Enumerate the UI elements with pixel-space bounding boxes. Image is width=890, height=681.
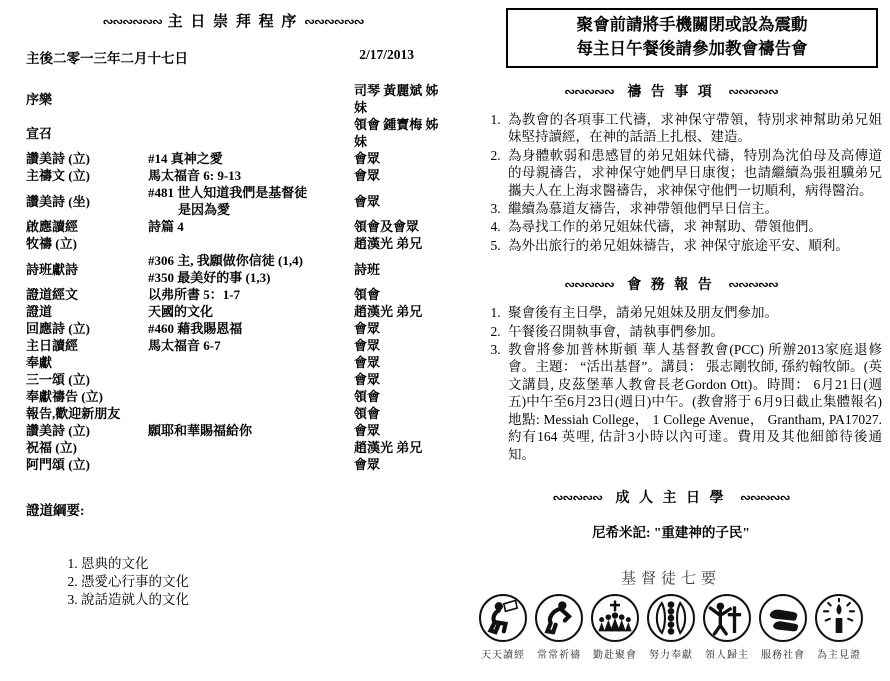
essential-label: 常常祈禱 — [537, 646, 581, 661]
report-item: 教會將參加普林斯頓 華人基督教會(PCC) 所辦2013家庭退修會。主題： “活… — [504, 341, 882, 463]
date-chinese: 主後二零一三年二月十七日 — [26, 47, 188, 67]
scroll-ornament-icon: ∾∾∾∾∾ — [553, 491, 602, 506]
program-participant: 趙漢光 弟兄 — [354, 303, 440, 320]
church-bulletin-page: ∾∾∾∾∾∾ 主 日 崇 拜 程 序 ∾∾∾∾∾∾ 主後二零一三年二月十七日 2… — [0, 0, 890, 681]
sunday-school-subtitle: 尼希米記: "重建神的子民" — [458, 521, 884, 541]
program-row: 報告,歡迎新朋友 領會 — [26, 405, 440, 422]
essential-evangelism: 領人歸主 — [701, 594, 754, 661]
announcements-column: 聚會前請將手機關閉或設為震動 每主日午餐後請參加教會禱告會 ∾∾∾∾∾ 禱 告 … — [458, 8, 884, 661]
assembly-cross-icon — [591, 594, 639, 642]
program-item: 證道 — [26, 303, 148, 320]
essential-assembly: 勤赴聚會 — [589, 594, 642, 661]
program-participant: 司琴 黃麗斌 姊妹 — [354, 82, 440, 116]
essential-bible-reading: 天天讀經 — [477, 594, 530, 661]
program-item: 主禱文 (立) — [26, 167, 148, 184]
scroll-ornament-icon: ∾∾∾∾∾∾ — [103, 15, 162, 30]
worship-program-table: 序樂 司琴 黃麗斌 姊妹 宣召 領會 鍾寶梅 姊妹 讚美詩 (立) #14 真神… — [26, 82, 440, 473]
program-item: 宣召 — [26, 125, 148, 142]
program-participant: 領會 — [354, 405, 440, 422]
seven-essentials-title: 基督徒七要 — [458, 567, 884, 588]
program-row: 主禱文 (立) 馬太福音 6: 9-13 會眾 — [26, 167, 440, 184]
program-item: 報告,歡迎新朋友 — [26, 405, 148, 422]
sermon-outline-item: 憑愛心行事的文化 — [81, 573, 440, 591]
essential-witness: 為主見證 — [813, 594, 866, 661]
prayer-items-list: 為教會的各項事工代禱，求神保守帶領，特別求神幫助弟兄姐妹堅持讀經，在神的話語上扎… — [504, 111, 884, 254]
sermon-outline-item: 恩典的文化 — [81, 555, 440, 573]
essential-label: 努力奉獻 — [649, 646, 693, 661]
sermon-outline-item: 說話造就人的文化 — [81, 591, 440, 609]
church-report-list: 聚會後有主日學，請弟兄姐妹及朋友們參加。 午餐後召開執事會，請執事們參加。 教會… — [504, 304, 884, 463]
essential-label: 勤赴聚會 — [593, 646, 637, 661]
program-participant: 會眾 — [354, 193, 440, 210]
program-item: 阿門頌 (立) — [26, 456, 148, 473]
bible-reading-icon — [479, 594, 527, 642]
program-item: 三一頌 (立) — [26, 371, 148, 388]
essential-label: 天天讀經 — [481, 646, 525, 661]
notice-line: 聚會前請將手機關閉或設為震動 — [514, 13, 870, 37]
program-row: 讚美詩 (坐) #481 世人知道我們是基督徒是因為愛 會眾 — [26, 184, 440, 218]
program-row: 啟應讀經 詩篇 4 領會及會眾 — [26, 218, 440, 235]
program-item: 祝福 (立) — [26, 439, 148, 456]
program-item: 回應詩 (立) — [26, 320, 148, 337]
program-row: 讚美詩 (立) 願耶和華賜福給你 會眾 — [26, 422, 440, 439]
adult-sunday-school-heading: ∾∾∾∾∾ 成 人 主 日 學 ∾∾∾∾∾ — [458, 487, 884, 507]
date-numeric: 2/17/2013 — [359, 47, 414, 67]
program-participant: 領會及會眾 — [354, 218, 440, 235]
essential-label: 為主見證 — [817, 646, 861, 661]
prayer-item: 為外出旅行的弟兄姐妹禱告，求 神保守旅途平安、順利。 — [504, 237, 882, 254]
program-participant: 詩班 — [354, 261, 440, 278]
prayer-item: 繼續為慕道友禱告，求神帶領他們早日信主。 — [504, 200, 882, 217]
candle-witness-icon — [815, 594, 863, 642]
program-participant: 會眾 — [354, 354, 440, 371]
program-item: 讚美詩 (立) — [26, 422, 148, 439]
prayer-items-heading: ∾∾∾∾∾ 禱 告 事 項 ∾∾∾∾∾ — [458, 81, 884, 101]
date-row: 主後二零一三年二月十七日 2/17/2013 — [26, 47, 440, 67]
essential-prayer: 常常祈禱 — [533, 594, 586, 661]
notice-box: 聚會前請將手機關閉或設為震動 每主日午餐後請參加教會禱告會 — [506, 8, 878, 68]
program-item: 牧禱 (立) — [26, 235, 148, 252]
loaves-fishes-icon — [647, 594, 695, 642]
program-item: 奉獻禱告 (立) — [26, 388, 148, 405]
scroll-ornament-icon: ∾∾∾∾∾∾ — [304, 15, 363, 30]
program-row: 宣召 領會 鍾寶梅 姊妹 — [26, 116, 440, 150]
scroll-ornament-icon: ∾∾∾∾∾ — [564, 85, 613, 100]
program-participant: 會眾 — [354, 371, 440, 388]
program-row: 阿門頌 (立) 會眾 — [26, 456, 440, 473]
program-item: 啟應讀經 — [26, 218, 148, 235]
program-row: 祝福 (立) 趙漢光 弟兄 — [26, 439, 440, 456]
program-participant: 會眾 — [354, 456, 440, 473]
program-item: 詩班獻詩 — [26, 261, 148, 278]
scroll-ornament-icon: ∾∾∾∾∾ — [728, 85, 777, 100]
essential-label: 服務社會 — [761, 646, 805, 661]
church-report-heading: ∾∾∾∾∾ 會 務 報 告 ∾∾∾∾∾ — [458, 274, 884, 294]
program-row: 主日讀經 馬太福音 6-7 會眾 — [26, 337, 440, 354]
program-row: 詩班獻詩 #306 主, 我願做你信徒 (1,4)#350 最美好的事 (1,3… — [26, 252, 440, 286]
prayer-item: 為教會的各項事工代禱，求神保守帶領，特別求神幫助弟兄姐妹堅持讀經，在神的話語上扎… — [504, 111, 882, 146]
program-row: 奉獻禱告 (立) 領會 — [26, 388, 440, 405]
program-participant: 會眾 — [354, 320, 440, 337]
prayer-item: 為尋找工作的弟兄姐妹代禱，求 神幫助、帶領他們。 — [504, 218, 882, 235]
scroll-ornament-icon: ∾∾∾∾∾ — [728, 278, 777, 293]
scroll-ornament-icon: ∾∾∾∾∾ — [564, 278, 613, 293]
program-row: 序樂 司琴 黃麗斌 姊妹 — [26, 82, 440, 116]
program-row: 讚美詩 (立) #14 真神之愛 會眾 — [26, 150, 440, 167]
program-participant: 領會 — [354, 388, 440, 405]
program-participant: 會眾 — [354, 422, 440, 439]
program-item: 主日讀經 — [26, 337, 148, 354]
sunday-school-heading-text: 成 人 主 日 學 — [616, 491, 727, 506]
program-item: 序樂 — [26, 91, 148, 108]
essential-service: 服務社會 — [757, 594, 810, 661]
essential-offering: 努力奉獻 — [645, 594, 698, 661]
report-item: 午餐後召開執事會，請執事們參加。 — [504, 323, 882, 340]
program-row: 奉獻 會眾 — [26, 354, 440, 371]
program-item: 證道經文 — [26, 286, 148, 303]
program-participant: 領會 — [354, 286, 440, 303]
program-item: 奉獻 — [26, 354, 148, 371]
program-row: 回應詩 (立) #460 藉我賜恩福 會眾 — [26, 320, 440, 337]
program-row: 牧禱 (立) 趙漢光 弟兄 — [26, 235, 440, 252]
prayer-item: 為身體軟弱和患感冒的弟兄姐妹代禱，特別為沈伯母及高傳道的母親禱告，求神保守她們早… — [504, 147, 882, 199]
report-item: 聚會後有主日學，請弟兄姐妹及朋友們參加。 — [504, 304, 882, 321]
program-participant: 會眾 — [354, 337, 440, 354]
serving-hands-icon — [759, 594, 807, 642]
sermon-outline-heading: 證道綱要: — [26, 499, 440, 519]
program-item: 讚美詩 (立) — [26, 150, 148, 167]
worship-order-column: ∾∾∾∾∾∾ 主 日 崇 拜 程 序 ∾∾∾∾∾∾ 主後二零一三年二月十七日 2… — [26, 10, 440, 609]
scroll-ornament-icon: ∾∾∾∾∾ — [740, 491, 789, 506]
prayer-icon — [535, 594, 583, 642]
seven-essentials-icons-row: 天天讀經 常常祈禱 — [458, 594, 884, 661]
program-row: 證道經文 以弗所書 5：1-7 領會 — [26, 286, 440, 303]
program-item: 讚美詩 (坐) — [26, 193, 148, 210]
report-heading-text: 會 務 報 告 — [627, 278, 715, 293]
lead-to-lord-icon — [703, 594, 751, 642]
sermon-outline-list: 恩典的文化 憑愛心行事的文化 說話造就人的文化 — [81, 555, 440, 609]
program-row: 三一頌 (立) 會眾 — [26, 371, 440, 388]
essential-label: 領人歸主 — [705, 646, 749, 661]
prayer-heading-text: 禱 告 事 項 — [627, 85, 715, 100]
program-participant: 領會 鍾寶梅 姊妹 — [354, 116, 440, 150]
program-participant: 會眾 — [354, 150, 440, 167]
bulletin-title-text: 主 日 崇 拜 程 序 — [168, 14, 299, 30]
program-participant: 趙漢光 弟兄 — [354, 439, 440, 456]
notice-line: 每主日午餐後請參加教會禱告會 — [514, 37, 870, 61]
program-participant: 會眾 — [354, 167, 440, 184]
program-row: 證道 天國的文化 趙漢光 弟兄 — [26, 303, 440, 320]
seven-essentials-section: 基督徒七要 天天讀經 — [458, 567, 884, 661]
bulletin-title: ∾∾∾∾∾∾ 主 日 崇 拜 程 序 ∾∾∾∾∾∾ — [26, 10, 440, 31]
program-participant: 趙漢光 弟兄 — [354, 235, 440, 252]
